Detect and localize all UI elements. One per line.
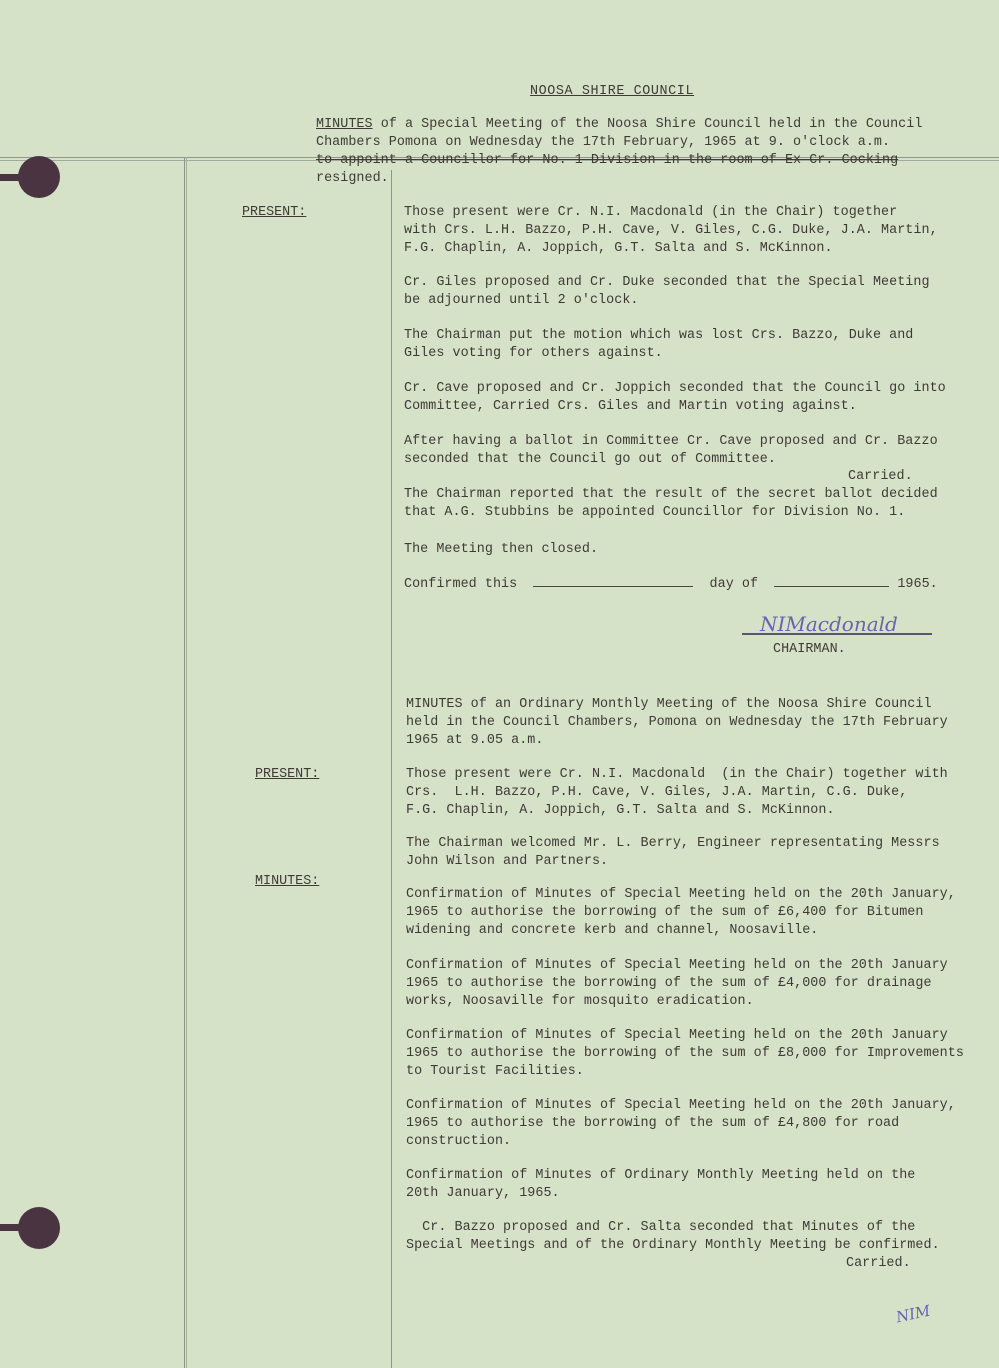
- ordinary-intro: MINUTES of an Ordinary Monthly Meeting o…: [406, 696, 948, 750]
- signature-line: [742, 633, 932, 635]
- confirmation-1: Confirmation of Minutes of Special Meeti…: [406, 886, 956, 940]
- document-page: NOOSA SHIRE COUNCIL MINUTES of a Special…: [0, 0, 999, 1368]
- confirmation-2: Confirmation of Minutes of Special Meeti…: [406, 957, 948, 1011]
- minutes-label: MINUTES:: [255, 874, 319, 889]
- special-intro-line-1: MINUTES of a Special Meeting of the Noos…: [316, 116, 922, 134]
- page-title: NOOSA SHIRE COUNCIL: [530, 83, 694, 101]
- carried-note-2: Carried.: [846, 1255, 911, 1273]
- special-para-5: After having a ballot in Committee Cr. C…: [404, 433, 938, 469]
- margin-line-content: [391, 170, 392, 1368]
- special-intro-line-2: Chambers Pomona on Wednesday the 17th Fe…: [316, 134, 890, 152]
- confirmed-line: Confirmed this day of 1965.: [404, 576, 938, 594]
- ordinary-welcome: The Chairman welcomed Mr. L. Berry, Engi…: [406, 835, 940, 871]
- confirmation-5: Confirmation of Minutes of Ordinary Mont…: [406, 1167, 915, 1203]
- ballot-result: The Chairman reported that the result of…: [404, 486, 938, 522]
- present-label-ordinary: PRESENT:: [255, 767, 319, 782]
- initials-signature: NIM: [895, 1302, 932, 1327]
- ordinary-present: Those present were Cr. N.I. Macdonald (i…: [406, 766, 948, 820]
- special-para-4: Cr. Cave proposed and Cr. Joppich second…: [404, 380, 946, 416]
- margin-line-left: [184, 157, 185, 1368]
- special-para-3: The Chairman put the motion which was lo…: [404, 327, 913, 363]
- present-label-special: PRESENT:: [242, 205, 306, 220]
- special-para-1: Those present were Cr. N.I. Macdonald (i…: [404, 204, 938, 258]
- confirmation-motion: Cr. Bazzo proposed and Cr. Salta seconde…: [406, 1219, 940, 1255]
- punch-hole-top: [18, 156, 60, 198]
- chairman-title: CHAIRMAN.: [773, 641, 846, 659]
- carried-note-1: Carried.: [848, 468, 913, 486]
- confirmation-3: Confirmation of Minutes of Special Meeti…: [406, 1027, 964, 1081]
- meeting-closed: The Meeting then closed.: [404, 541, 598, 559]
- minutes-heading: MINUTES: [316, 117, 373, 132]
- special-intro-line-3: to appoint a Councillor for No. 1 Divisi…: [316, 152, 898, 170]
- confirmed-day-blank: [533, 586, 693, 587]
- special-intro-line-4: resigned.: [316, 170, 389, 188]
- confirmed-month-blank: [774, 586, 889, 587]
- margin-line-left-secondary: [186, 157, 187, 1368]
- punch-hole-bottom: [18, 1207, 60, 1249]
- confirmation-4: Confirmation of Minutes of Special Meeti…: [406, 1097, 956, 1151]
- special-para-2: Cr. Giles proposed and Cr. Duke seconded…: [404, 274, 930, 310]
